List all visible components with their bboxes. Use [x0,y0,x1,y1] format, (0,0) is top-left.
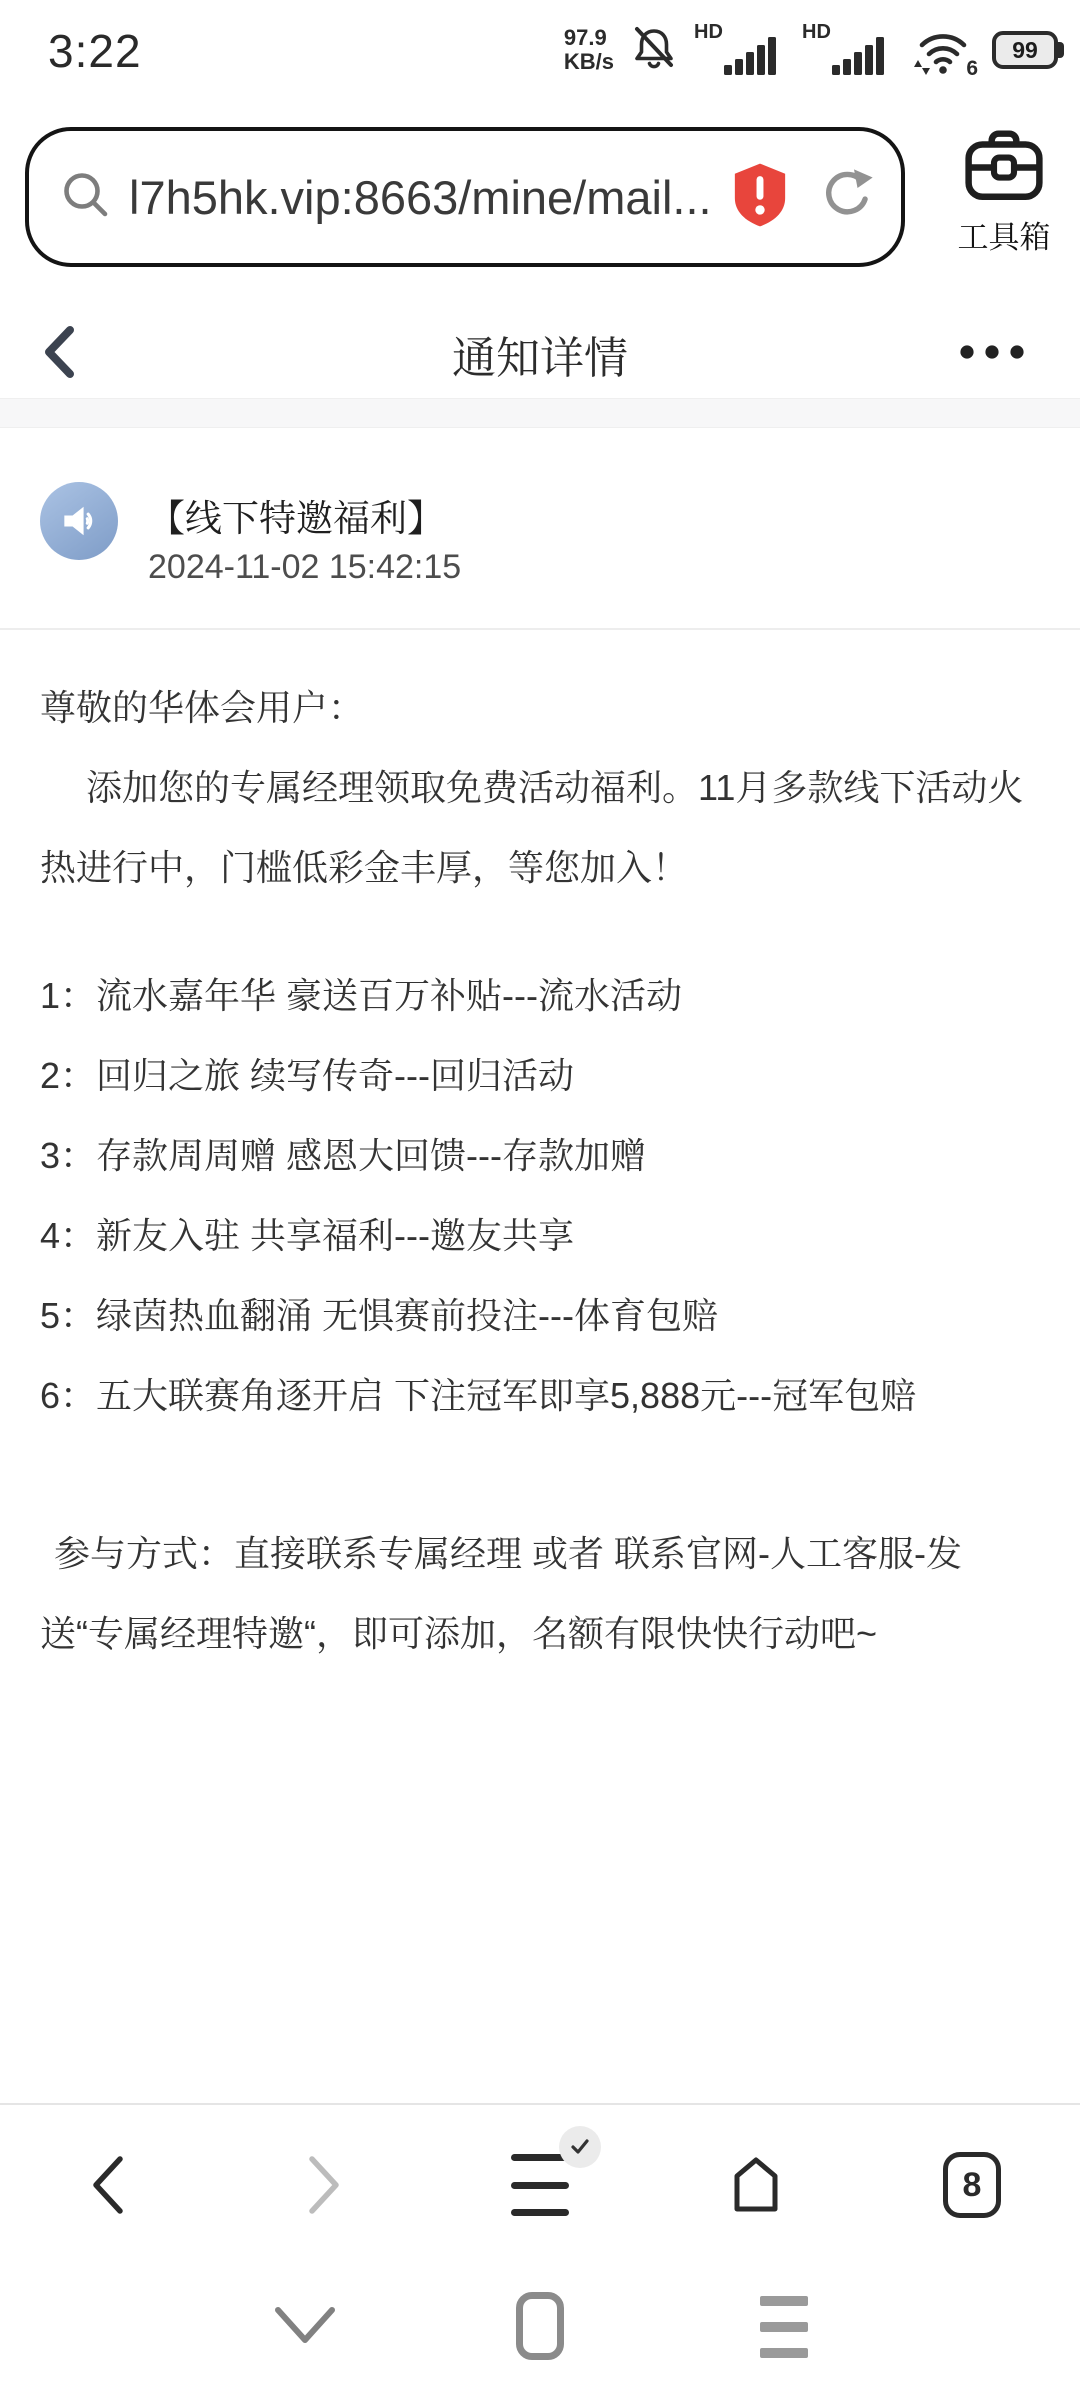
browser-menu-button[interactable] [432,2105,648,2265]
address-bar[interactable]: l7h5hk.vip:8663/mine/mail... [25,127,905,267]
mute-bell-icon [630,24,678,77]
intro-paragraph: 添加您的专属经理领取免费活动福利。11月多款线下活动火热进行中，门槛低彩金丰厚，… [40,748,1040,908]
battery-level: 99 [1012,37,1038,64]
battery-icon: 99 [992,31,1058,69]
status-clock: 3:22 [48,24,142,78]
nav-menu-button[interactable] [760,2296,808,2358]
promo-item-6: 6：五大联赛角逐开启 下注冠军即享5,888元---冠军包赔 [40,1356,1040,1436]
menu-check-badge [559,2126,601,2168]
browser-tabs-button[interactable]: 8 [864,2105,1080,2265]
promo-item-4: 4：新友入驻 共享福利---邀友共享 [40,1196,1040,1276]
status-indicators: 97.9 KB/s HD [564,20,1058,80]
participation-paragraph: 参与方式：直接联系专属经理 或者 联系官网-人工客服-发送“专属经理特邀“，即可… [40,1514,1040,1674]
hd-label-sim1: HD [694,21,723,44]
search-icon [59,168,113,227]
reload-icon[interactable] [819,167,875,228]
page-title: 通知详情 [0,322,1080,386]
wifi-icon: 6 [910,23,976,77]
header-separator-band [0,398,1080,428]
browser-toolbar: 8 [0,2105,1080,2265]
network-speed-value: 97.9 [564,26,607,50]
signal-icon-sim1: HD [694,23,786,77]
address-bar-row: l7h5hk.vip:8663/mine/mail... [0,127,1080,269]
tabs-icon: 8 [943,2152,1001,2218]
toolbox-button[interactable]: 工具箱 [930,129,1078,257]
nav-hide-button[interactable] [272,2302,338,2353]
tab-count: 8 [963,2166,982,2205]
notification-timestamp: 2024-11-02 15:42:15 [148,548,461,587]
greeting-line: 尊敬的华体会用户： [40,668,1040,748]
page-header: 通知详情 [0,300,1080,396]
signal-icon-sim2: HD [802,23,894,77]
network-speed-unit: KB/s [564,50,614,74]
promo-item-5: 5：绿茵热血翻涌 无惧赛前投注---体育包赔 [40,1276,1040,1356]
url-text[interactable]: l7h5hk.vip:8663/mine/mail... [129,170,731,225]
promo-item-2: 2：回归之旅 续写传奇---回归活动 [40,1036,1040,1116]
wifi-standard-label: 6 [966,57,978,81]
promo-item-1: 1：流水嘉年华 豪送百万补贴---流水活动 [40,956,1040,1036]
promo-item-3: 3：存款周周赠 感恩大回馈---存款加赠 [40,1116,1040,1196]
network-speed: 97.9 KB/s [564,26,614,74]
hd-label-sim2: HD [802,21,831,44]
divider [0,628,1080,630]
status-bar: 3:22 97.9 KB/s HD [0,0,1080,96]
browser-back-button[interactable] [0,2105,216,2265]
phone-screen: 3:22 97.9 KB/s HD [0,0,1080,2400]
nav-recents-button[interactable] [516,2292,564,2360]
more-menu-button[interactable] [954,334,1030,370]
browser-home-button[interactable] [648,2105,864,2265]
announcement-speaker-icon [40,482,118,560]
system-nav-bar [0,2270,1080,2400]
toolbox-label: 工具箱 [958,212,1051,257]
notification-body: 尊敬的华体会用户： 添加您的专属经理领取免费活动福利。11月多款线下活动火热进行… [40,668,1040,1674]
notification-title: 【线下特邀福利】 [148,488,444,542]
toolbox-icon [964,129,1044,208]
browser-forward-button[interactable] [216,2105,432,2265]
security-warning-icon[interactable] [731,162,789,233]
menu-icon [511,2154,569,2216]
